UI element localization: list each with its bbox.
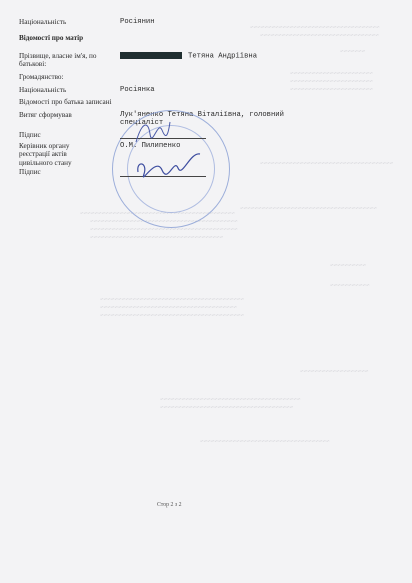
bleed-through-text: ~~~~~~~~~~~~~~~~~~~~~~~~~~~~~~~~~~~~~ <box>160 404 293 411</box>
document-page: ~~~~~~~~~~~~~~~~~~~~~~~~~~~~~~~~~~~~ ~~~… <box>0 0 412 583</box>
head-of-registry-label: Керівник органу реєстрації актів цивільн… <box>19 142 99 167</box>
bleed-through-text: ~~~~~~~~~~~~~~~~~~~~~~~~~~~~~~~~~~~~~~~~ <box>100 296 244 303</box>
section-mother-info: Відомості про матір <box>19 34 219 42</box>
bleed-through-text: ~~~~~~~~~~~~~~~~~~~~~~~~~~~~~~~~~~~~~~ <box>240 205 377 212</box>
field-value-mother-nationality: Росіянка <box>120 86 155 94</box>
bleed-through-text: ~~~~~~~ <box>340 48 365 55</box>
signature-2-label: Підпис <box>19 168 119 176</box>
bleed-through-text: ~~~~~~~~~~~~~~~~~~~~~~~~~~~~~~~~~~~~ <box>200 438 330 445</box>
field-father-info: Відомості про батька записані <box>19 98 219 106</box>
field-label-nationality: Національність <box>19 18 119 26</box>
field-label-citizenship: Громадянство: <box>19 73 119 81</box>
field-value-nationality: Росіянин <box>120 18 155 26</box>
mother-given-names: Тетяна Андріївна <box>188 52 257 60</box>
field-label-mother-name: Прізвище, власне ім'я, по батькові: <box>19 52 114 69</box>
bleed-through-text: ~~~~~~~~~~~~~~~~~~~~~~~~~~~~~~~~~~~~~~~ <box>160 396 300 403</box>
bleed-through-text: ~~~~~~~~~~~ <box>330 282 370 289</box>
redaction-block <box>120 52 182 59</box>
bleed-through-text: ~~~~~~~~~~~~~~~~~~~ <box>300 368 368 375</box>
bleed-through-text: ~~~~~~~~~~~~~~~~~~~~~~~~~~~~~~~~~~~~~~ <box>100 304 237 311</box>
page-number: Стор 2 з 2 <box>157 502 181 508</box>
bleed-through-text: ~~~~~~~~~~~~~~~~~~~~~~~~~~~~~~~~~~~~~ <box>260 160 393 167</box>
bleed-through-text: ~~~~~~~~~~~~~~~~~~~~~~~ <box>290 78 373 85</box>
bleed-through-text: ~~~~~~~~~~~~~~~~~~~~~~~ <box>290 86 373 93</box>
field-label-extract-author: Витяг сформував <box>19 111 119 119</box>
signature-1-label: Підпис <box>19 131 119 139</box>
bleed-through-text: ~~~~~~~~~~~~~~~~~~~~~~~~~~~~~~~~~~~~~ <box>90 234 223 241</box>
bleed-through-text: ~~~~~~~~~~~~~~~~~~~~~~~ <box>290 70 373 77</box>
bleed-through-text: ~~~~~~~~~~~~~~~~~~~~~~~~~~~~~~~~~~~~ <box>250 24 380 31</box>
field-value-mother-name: Тетяна Андріївна <box>120 52 257 61</box>
field-label-mother-nationality: Національність <box>19 86 119 94</box>
signature-2-scribble <box>134 150 204 182</box>
bleed-through-text: ~~~~~~~~~~~~~~~~~~~~~~~~~~~~~~~~~ <box>260 32 379 39</box>
bleed-through-text: ~~~~~~~~~~~~~~~~~~~~~~~~~~~~~~~~~~~~~~~~ <box>100 312 244 319</box>
bleed-through-text: ~~~~~~~~~~ <box>330 262 366 269</box>
